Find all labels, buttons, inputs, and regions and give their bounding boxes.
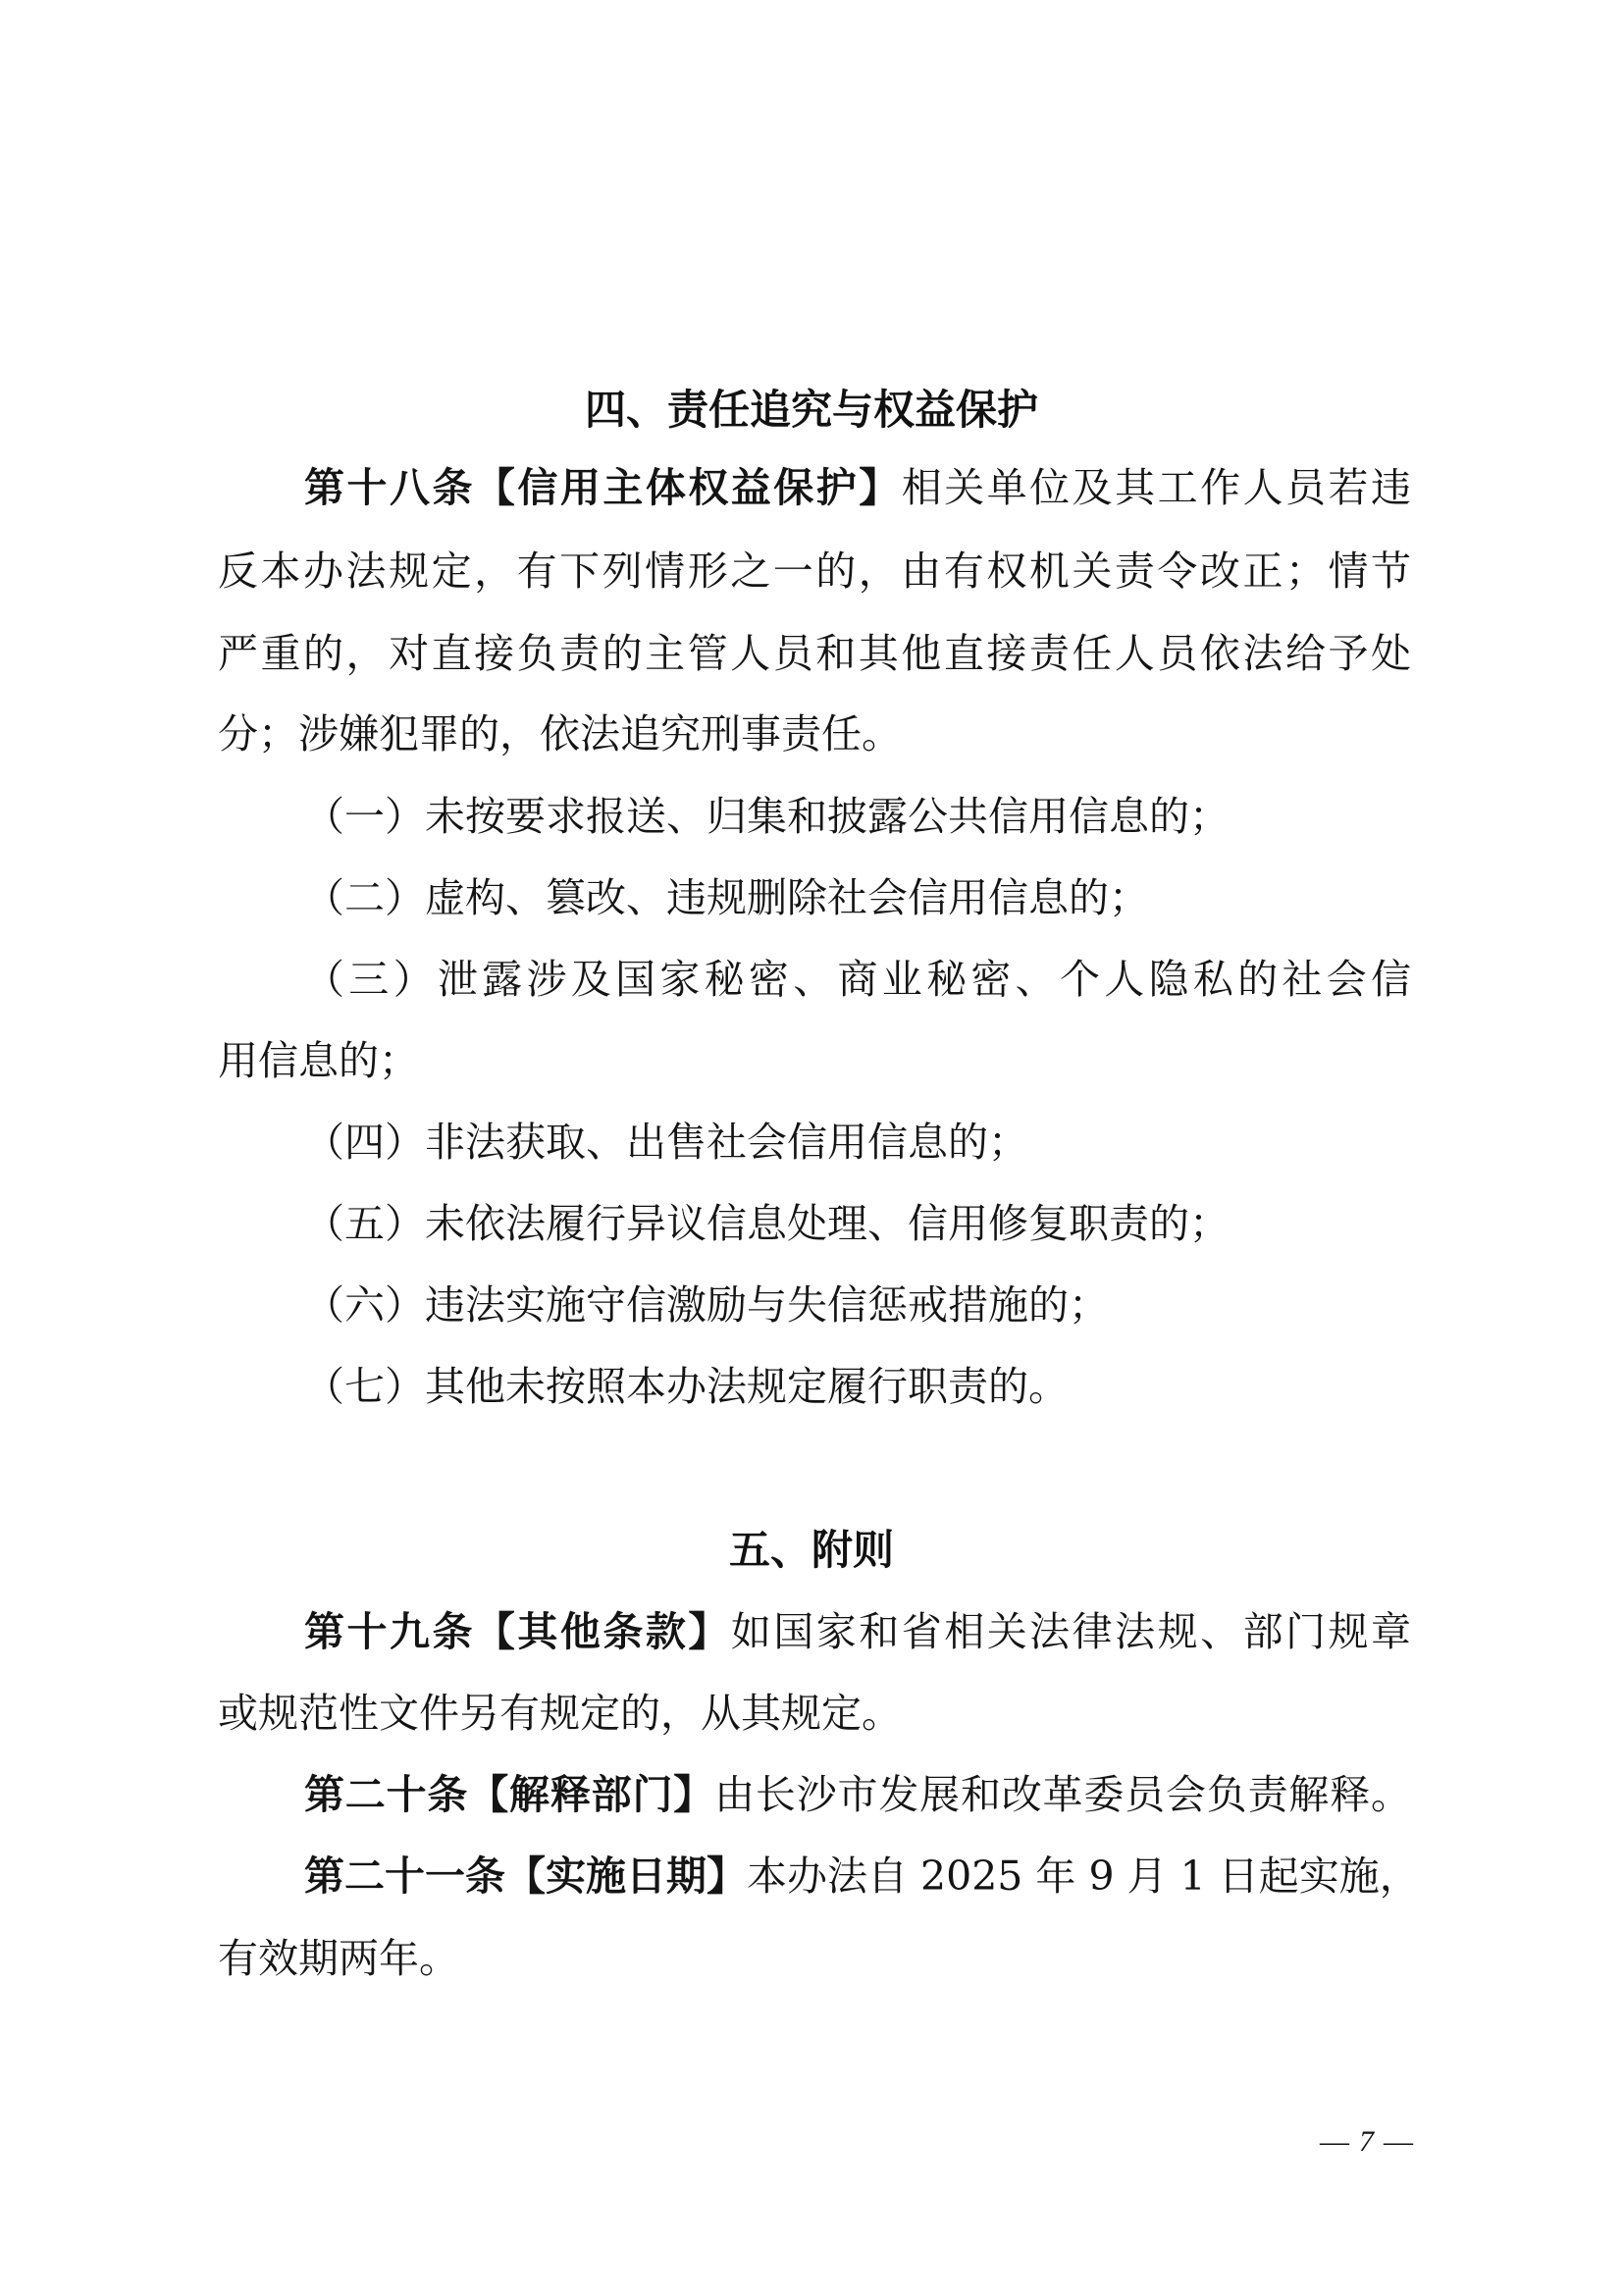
section-heading-5: 五、附则 — [0, 1521, 1623, 1580]
document-page: 四、责任追究与权益保护 第十八条【信用主体权益保护】相关单位及其工作人员若违 反… — [0, 0, 1623, 2296]
list-item-text: 非法获取、出售社会信用信息的； — [425, 1119, 1028, 1166]
article-19-number: 第十九条 — [304, 1608, 475, 1655]
list-item-label: （一） — [304, 793, 425, 840]
article-18-line-1: 第十八条【信用主体权益保护】相关单位及其工作人员若违 — [304, 458, 1411, 517]
article-18-line-2: 反本办法规定，有下列情形之一的，由有权机关责令改正；情节 — [218, 542, 1411, 600]
article-21-number: 第二十一条 — [304, 1852, 505, 1900]
list-item-text: 泄露涉及国家秘密、商业秘密、个人隐私的社会信 — [438, 956, 1411, 1003]
list-item-label: （四） — [304, 1119, 425, 1166]
article-21-line-1: 第二十一条【实施日期】本办法自 2025 年 9 月 1 日起实施， — [304, 1847, 1411, 1905]
list-item-3-continuation: 用信息的； — [218, 1031, 1411, 1090]
list-item-7: （七）其他未按照本办法规定履行职责的。 — [304, 1357, 1411, 1416]
list-item-text: 未按要求报送、归集和披露公共信用信息的； — [425, 793, 1230, 840]
list-item-2: （二）虚构、篡改、违规删除社会信用信息的； — [304, 868, 1411, 927]
list-item-text: 其他未按照本办法规定履行职责的。 — [425, 1363, 1069, 1410]
article-19-title: 【其他条款】 — [475, 1608, 731, 1655]
article-19-line-2: 或规范性文件另有规定的，从其规定。 — [218, 1684, 1411, 1743]
article-18-line-3: 严重的，对直接负责的主管人员和其他直接责任人员依法给予处 — [218, 624, 1411, 683]
article-21-text: 本办法自 2025 年 9 月 1 日起实施， — [747, 1852, 1420, 1900]
article-18-number: 第十八条 — [304, 464, 475, 511]
list-item-label: （二） — [304, 874, 425, 921]
list-item-4: （四）非法获取、出售社会信用信息的； — [304, 1113, 1411, 1172]
list-item-text: 虚构、篡改、违规删除社会信用信息的； — [425, 874, 1149, 921]
page-number-dash-left: — — [1320, 2125, 1349, 2158]
list-item-label: （六） — [304, 1281, 425, 1329]
list-item-label: （七） — [304, 1363, 425, 1410]
list-item-text: 未依法履行异议信息处理、信用修复职责的； — [425, 1200, 1230, 1247]
list-item-label: （五） — [304, 1200, 425, 1247]
article-20-number: 第二十条 — [304, 1771, 468, 1818]
page-number-value: 7 — [1349, 2125, 1384, 2158]
article-20-text: 由长沙市发展和改革委员会负责解释。 — [714, 1771, 1411, 1818]
list-item-label: （三） — [304, 956, 438, 1003]
article-18-text: 相关单位及其工作人员若违 — [902, 464, 1411, 511]
article-21-title: 【实施日期】 — [505, 1852, 747, 1900]
article-18-title: 【信用主体权益保护】 — [475, 464, 902, 511]
list-item-6: （六）违法实施守信激励与失信惩戒措施的； — [304, 1276, 1411, 1334]
list-item-3: （三）泄露涉及国家秘密、商业秘密、个人隐私的社会信 — [304, 950, 1411, 1009]
article-19-text: 如国家和省相关法律法规、部门规章 — [731, 1608, 1411, 1655]
article-18-line-4: 分；涉嫌犯罪的，依法追究刑事责任。 — [218, 704, 1411, 763]
list-item-text: 违法实施守信激励与失信惩戒措施的； — [425, 1281, 1109, 1329]
page-number-dash-right: — — [1384, 2125, 1413, 2158]
article-20-line-1: 第二十条【解释部门】由长沙市发展和改革委员会负责解释。 — [304, 1765, 1411, 1824]
list-item-5: （五）未依法履行异议信息处理、信用修复职责的； — [304, 1194, 1411, 1253]
list-item-1: （一）未按要求报送、归集和披露公共信用信息的； — [304, 787, 1411, 846]
page-number: —7— — [1305, 2124, 1428, 2160]
article-21-line-2: 有效期两年。 — [218, 1929, 1411, 1988]
section-heading-4: 四、责任追究与权益保护 — [0, 381, 1623, 440]
article-19-line-1: 第十九条【其他条款】如国家和省相关法律法规、部门规章 — [304, 1602, 1411, 1661]
article-20-title: 【解释部门】 — [468, 1771, 714, 1818]
